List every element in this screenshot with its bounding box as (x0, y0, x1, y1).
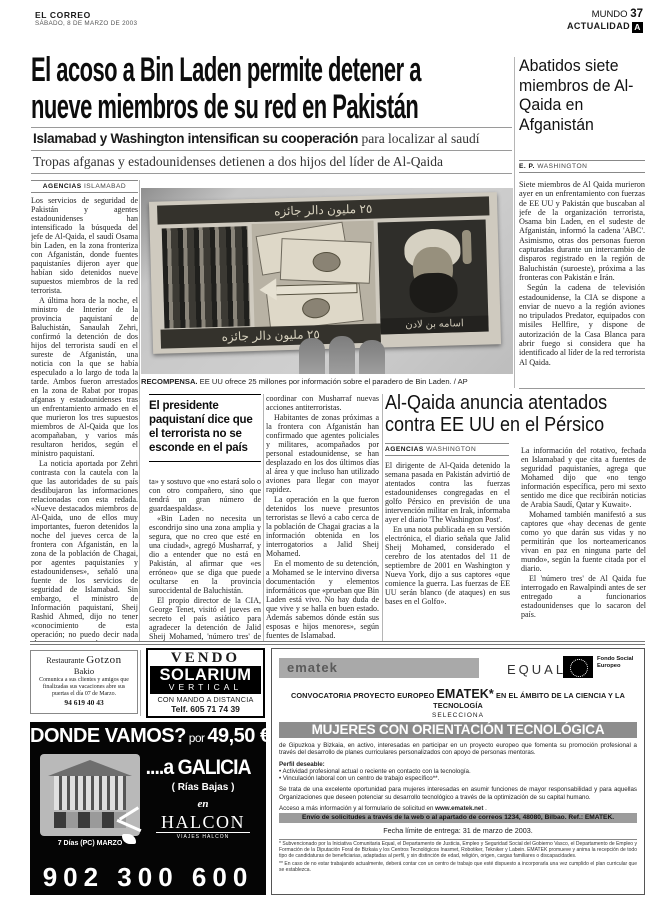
conv-brand: EMATEK* (436, 687, 493, 701)
acceso-post: . (483, 805, 486, 812)
page-date: SÁBADO, 8 DE MARZO DE 2003 (35, 20, 137, 27)
ematek-deadline: Fecha límite de entrega: 31 de marzo de … (279, 826, 637, 835)
halcon-headline: DONDE VAMOS? por 49,50 € (30, 725, 266, 748)
conv-pre: CONVOCATORIA PROYECTO EUROPEO (291, 691, 436, 700)
ematek-bullet: • Actividad profesional actual o recient… (279, 768, 637, 775)
deck-1: Islamabad y Washington intensifican su c… (31, 127, 512, 150)
prisoner-panel (162, 226, 251, 328)
ematek-selecciona: SELECCIONA (279, 712, 637, 719)
boxed-subtitle: El presidente paquistaní dice que el ter… (149, 394, 261, 462)
solarium-vertical: VERTICAL (150, 683, 261, 692)
bill-portrait-oval (301, 297, 331, 320)
second-article-column-b: La información del rotativo, fechada en … (521, 446, 646, 641)
dollar-bills-panel (252, 221, 377, 330)
ematek-paragraph: Se trata de una excelente oportunidad pa… (279, 786, 637, 801)
halcon-headline-main: DONDE VAMOS? (30, 725, 186, 747)
section-name: MUNDO (592, 9, 628, 20)
second-article-column-a: El dirigente de Al-Qaida detenido la sem… (385, 461, 510, 641)
paragraph: El dirigente de Al-Qaida detenido la sem… (385, 461, 510, 524)
beard-shape (409, 272, 458, 313)
hand-finger (329, 336, 355, 374)
deck-1-bold: Islamabad y Washington intensifican su c… (33, 131, 358, 146)
paragraph: Los servicios de seguridad de Pakistán y… (31, 196, 138, 295)
gotzon-title-pre: Restaurante (46, 656, 86, 665)
ematek-body: de Gipuzkoa y Bizkaia, en activo, intere… (279, 742, 637, 812)
sidebar-article-title: Abatidos siete miembros de Al-Qaida en A… (519, 57, 642, 135)
horreo-body-shape (54, 776, 126, 810)
paragraph: A última hora de la noche, el ministro d… (31, 296, 138, 458)
ematek-acceso: Acceso a más información y al formulario… (279, 805, 637, 812)
ematek-footnotes: * Subvencionado por la Iniciativa Comuni… (279, 839, 637, 874)
ad-halcon-viajes: DONDE VAMOS? por 49,50 € 7 Días (PC) MAR… (30, 722, 266, 895)
deck-1-rest: para localizar al saudí (358, 131, 479, 146)
halcon-rias: ( Rías Bajas ) (142, 782, 264, 793)
lead-column-3: coordinar con Musharraf nuevas acciones … (266, 394, 379, 641)
acceso-pre: Acceso a más información y al formulario… (279, 805, 435, 812)
hand-finger (359, 340, 385, 374)
portrait-arabic-caption: اسامه بن لادن (380, 315, 488, 334)
sidebar-byline-agency: E. P. (519, 163, 535, 170)
paragraph: ta» y sostuvo que «no estará solo o con … (149, 477, 261, 513)
second-article-title-line2: contra EE UU en el Pérsico (385, 414, 650, 436)
bin-laden-portrait-panel: اسامه بن لادن (378, 219, 489, 334)
ematek-note: ** En caso de no estar trabajando actual… (279, 862, 637, 874)
masthead: EL CORREO (35, 10, 91, 20)
section-letter-badge: A (632, 22, 643, 33)
paragraph: El 'número tres' de Al Qaida fue interro… (521, 574, 646, 619)
eu-flag-icon (563, 656, 593, 678)
deck-2: Tropas afganas y estadounidenses detiene… (31, 150, 512, 174)
sidebar-article-body: Siete miembros de Al Qaida murieron ayer… (519, 180, 645, 386)
ematek-envio-banner: Envío de solicitudes a través de la web … (279, 813, 637, 823)
ad-solarium: VENDO SOLARIUM VERTICAL CON MANDO A DIST… (146, 648, 265, 718)
ads-separator-rule (30, 641, 645, 645)
horreo-roof-shape (48, 760, 132, 776)
second-article-title-line1: Al-Qaida anuncia atentados (385, 392, 650, 414)
gotzon-body: Comunica a sus clientes y amigos que fin… (31, 676, 137, 698)
lead-photo: ٢٥ مليون دالر جائزه اسامه بن لادن ٢٥ ملي… (141, 188, 513, 374)
paragraph: Siete miembros de Al Qaida murieron ayer… (519, 180, 645, 282)
ematek-logo: ematek (279, 658, 479, 678)
paragraph: La noticia aportada por Zehri contrasta … (31, 459, 138, 641)
halcon-phone: 902 300 600 (30, 862, 266, 893)
ematek-banner: MUJERES CON ORIENTACIÓN TECNOLÓGICA (279, 722, 637, 738)
ematek-header: ematek EQUAL Fondo Social Europeo (279, 654, 637, 684)
lead-column-1: Los servicios de seguridad de Pakistán y… (31, 196, 138, 641)
gotzon-phone: 94 619 40 43 (31, 698, 137, 707)
gotzon-town: Bakio (31, 666, 137, 676)
fondo-social-europeo-label: Fondo Social Europeo (597, 656, 637, 670)
photo-caption: RECOMPENSA. EE UU ofrece 25 millones por… (141, 377, 513, 386)
sidebar-rule (514, 57, 515, 388)
paragraph: «Bin Laden no necesita un escondrijo sin… (149, 514, 261, 595)
ad-ematek: ematek EQUAL Fondo Social Europeo CONVOC… (271, 648, 645, 895)
halcon-bird-logo (116, 808, 142, 848)
solarium-vendo: VENDO (148, 650, 263, 666)
paragraph: El propio director de la CIA, George Ten… (149, 596, 261, 641)
second-article-title: Al-Qaida anuncia atentados contra EE UU … (385, 392, 650, 436)
paragraph: La información del rotativo, fechada en … (521, 446, 646, 509)
photo-caption-text: EE UU ofrece 25 millones por información… (198, 377, 468, 386)
column-rule-2 (263, 394, 264, 641)
reward-leaflet: ٢٥ مليون دالر جائزه اسامه بن لادن ٢٥ ملي… (149, 192, 501, 354)
lead-byline-place: ISLAMABAD (82, 183, 127, 190)
ads-rule (140, 650, 141, 716)
ematek-bullet: • Vinculación laboral con un centro de t… (279, 775, 637, 782)
ematek-perfil-title: Perfil deseable: (279, 761, 637, 768)
solarium-black-box: SOLARIUM VERTICAL (150, 666, 261, 694)
newspaper-page: EL CORREO SÁBADO, 8 DE MARZO DE 2003 MUN… (0, 0, 650, 901)
paragraph: Según la cadena de televisión estadounid… (519, 283, 645, 367)
halcon-price: 49,50 € (207, 725, 266, 747)
equal-logo: EQUAL (507, 662, 566, 677)
ad-restaurante-gotzon: Restaurante Gotzon Bakio Comunica a sus … (30, 650, 138, 714)
column-rule-1 (139, 180, 140, 642)
page-folio: MUNDO 37 ACTUALIDADA (567, 8, 643, 33)
second-byline-place: WASHINGTON (424, 446, 476, 453)
ematek-url[interactable]: www.ematek.net (435, 805, 483, 812)
sidebar-byline: E. P. WASHINGTON (519, 160, 645, 173)
second-byline-agency: AGENCIAS (385, 446, 424, 453)
halcon-brand: HALCON (142, 812, 264, 833)
gotzon-name: Gotzon (86, 654, 121, 666)
paragraph: coordinar con Musharraf nuevas acciones … (266, 394, 379, 412)
column-rule-3 (382, 394, 383, 641)
lead-byline: AGENCIAS ISLAMABAD (31, 180, 138, 193)
section-label-row: ACTUALIDADA (567, 21, 643, 33)
raised-finger-shape (462, 230, 472, 264)
photo-caption-lead: RECOMPENSA. (141, 377, 198, 386)
paragraph: Habitantes de zonas próximas a la fronte… (266, 413, 379, 494)
second-article-byline: AGENCIAS WASHINGTON (385, 443, 509, 456)
sidebar-byline-place: WASHINGTON (535, 163, 587, 170)
page-number: 37 (630, 8, 643, 20)
ematek-convocatoria: CONVOCATORIA PROYECTO EUROPEO EMATEK* EN… (279, 687, 637, 710)
halcon-headline-por: por (186, 731, 208, 745)
gotzon-title: Restaurante Gotzon (31, 654, 137, 666)
lead-decks: Islamabad y Washington intensifican su c… (31, 127, 512, 174)
dollar-bill (280, 238, 372, 284)
paragraph: En una nota publicada en su versión elec… (385, 525, 510, 606)
ematek-intro: de Gipuzkoa y Bizkaia, en activo, intere… (279, 742, 637, 757)
solarium-name: SOLARIUM (150, 667, 261, 683)
ematek-note: * Subvencionado por la Iniciativa Comuni… (279, 842, 637, 860)
halcon-destination: ....a GALICIA (142, 756, 254, 780)
sidebar-bottom-rule (519, 388, 645, 389)
paragraph: En el momento de su detención, a Mohamed… (266, 559, 379, 640)
paragraph: La operación en la que fueron detenidos … (266, 495, 379, 558)
section-label: ACTUALIDAD (567, 21, 630, 31)
bill-portrait-oval (312, 251, 341, 272)
halcon-en: en (142, 798, 264, 810)
hand-finger (299, 338, 325, 374)
halcon-brand-sub: VIAJES HALCON (156, 832, 250, 840)
lead-byline-agency: AGENCIAS (43, 183, 82, 190)
arrow-icon (259, 278, 277, 300)
section-and-page: MUNDO 37 (567, 8, 643, 20)
lead-column-2: ta» y sostuvo que «no estará solo o con … (149, 477, 261, 641)
solarium-phone: Telf. 605 71 74 39 (148, 704, 263, 714)
solarium-mando: CON MANDO A DISTANCIA (148, 695, 263, 704)
paragraph: Mohamed también manifestó a sus captores… (521, 510, 646, 573)
